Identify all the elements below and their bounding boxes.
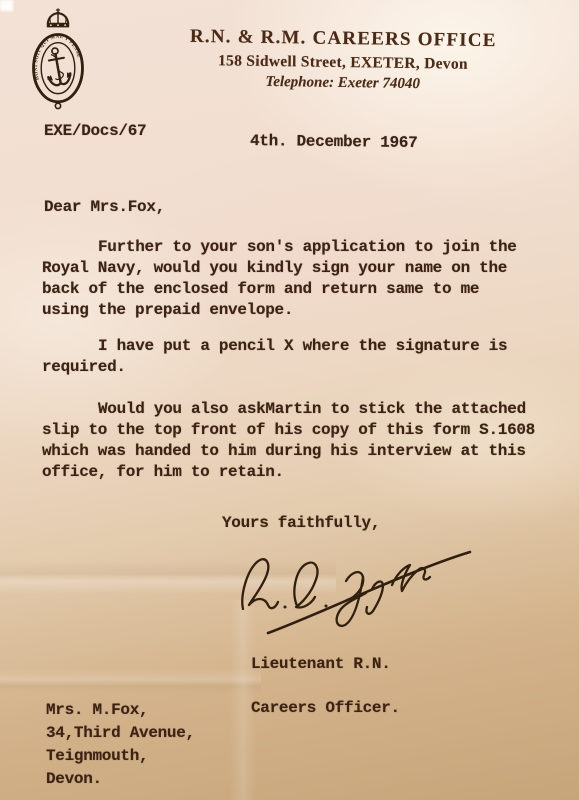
letterhead: R.N. & R.M. CAREERS OFFICE 158 Sidwell S… bbox=[178, 26, 509, 95]
salutation: Dear Mrs.Fox, bbox=[44, 197, 165, 218]
office-telephone: Telephone: Exeter 74040 bbox=[178, 73, 508, 95]
paper-crease bbox=[0, 668, 261, 694]
paragraph-3: Would you also askMartin to stick the at… bbox=[42, 399, 572, 483]
signature-block: Lieutenant R.N. Careers Officer. bbox=[251, 631, 400, 741]
letter-scan: HONI SOIT QUI MAL Y PENSE R.N. & R.M. CA… bbox=[0, 0, 579, 800]
signer-rank: Lieutenant R.N. bbox=[251, 653, 400, 675]
office-address: 158 Sidwell Street, EXETER, Devon bbox=[178, 52, 508, 75]
signer-role: Careers Officer. bbox=[251, 697, 400, 719]
recipient-address: Mrs. M.Fox, 34,Third Avenue, Teignmouth,… bbox=[46, 699, 195, 791]
royal-navy-crest-icon: HONI SOIT QUI MAL Y PENSE bbox=[22, 8, 94, 112]
paragraph-2: I have put a pencil X where the signatur… bbox=[42, 336, 572, 378]
scan-corner-artifact bbox=[0, 0, 13, 11]
closing-phrase: Yours faithfully, bbox=[222, 513, 380, 534]
letter-date: 4th. December 1967 bbox=[250, 131, 418, 154]
handwritten-signature bbox=[240, 541, 475, 641]
reference-number: EXE/Docs/67 bbox=[44, 121, 146, 142]
office-name: R.N. & R.M. CAREERS OFFICE bbox=[178, 26, 508, 53]
paragraph-1: Further to your son's application to joi… bbox=[42, 237, 572, 321]
